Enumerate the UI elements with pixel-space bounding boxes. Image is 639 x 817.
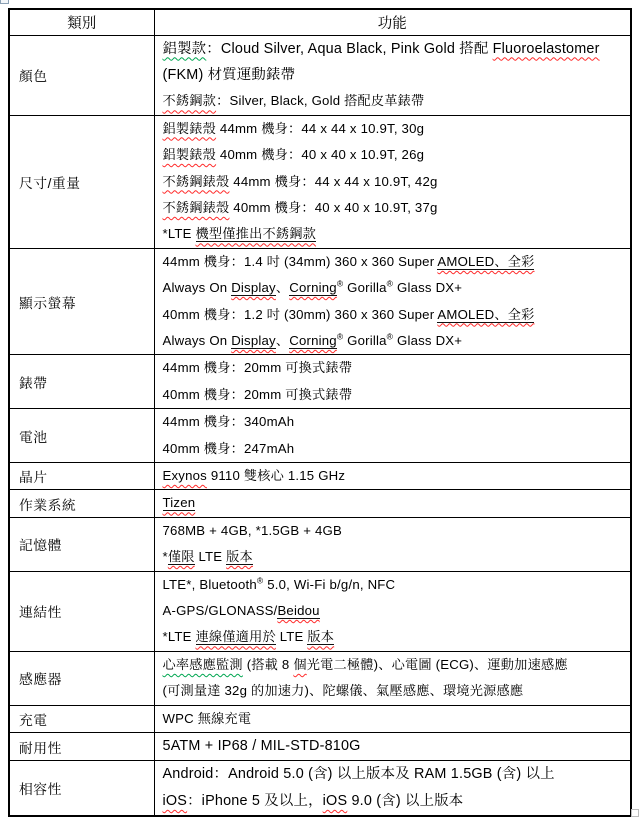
text-segment: 不銹鋼錶殼	[163, 200, 230, 215]
feature-line: *僅限 LTE 版本	[163, 544, 629, 570]
table-row: 顯示螢幕44mm 機身：1.4 吋 (34mm) 360 x 360 Super…	[9, 248, 631, 355]
category-cell: 晶片	[9, 463, 154, 490]
text-segment: Glass DX+	[393, 333, 462, 348]
category-cell: 耐用性	[9, 733, 154, 761]
table-row: 作業系統Tizen	[9, 490, 631, 517]
feature-line: 44mm 機身：20mm 可換式錶帶	[163, 355, 629, 381]
table-row: 充電WPC 無線充電	[9, 705, 631, 732]
text-segment: Always On	[163, 333, 232, 348]
text-segment: 40mm 機身：1.2 吋 (30mm) 360 x 360 Super	[163, 307, 438, 322]
feature-cell: Tizen	[154, 490, 631, 517]
table-row: 相容性Android：Android 5.0 (含) 以上版本及 RAM 1.5…	[9, 761, 631, 816]
header-row: 類別 功能	[9, 9, 631, 35]
text-segment: LTE	[276, 629, 308, 644]
header-feature: 功能	[154, 9, 631, 35]
feature-line: 不銹鋼錶殼 44mm 機身：44 x 44 x 10.9T, 42g	[163, 169, 629, 195]
category-cell: 電池	[9, 409, 154, 463]
text-segment: 版本	[307, 629, 334, 645]
feature-line: WPC 無線充電	[163, 706, 629, 732]
feature-line: 鋁製錶殼 44mm 機身：44 x 44 x 10.9T, 30g	[163, 116, 629, 142]
table-row: 連結性LTE*, Bluetooth® 5.0, Wi-Fi b/g/n, NF…	[9, 571, 631, 651]
feature-line: 44mm 機身：340mAh	[163, 409, 629, 435]
feature-line: Always On Display、Corning® Gorilla® Glas…	[163, 328, 629, 354]
text-segment: ：Silver, Black, Gold 搭配皮革錶帶	[216, 93, 424, 108]
feature-line: 40mm 機身：247mAh	[163, 436, 629, 462]
text-segment: 鋁製錶殼	[163, 121, 217, 136]
feature-line: 768MB + 4GB, *1.5GB + 4GB	[163, 518, 629, 544]
text-segment: 不銹鋼款	[163, 93, 217, 108]
text-segment: 心率感應監測	[163, 657, 243, 672]
table-row: 晶片Exynos 9110 雙核心 1.15 GHz	[9, 463, 631, 490]
text-segment: 40mm 機身：20mm 可換式錶帶	[163, 387, 353, 402]
feature-line: 不銹鋼錶殼 40mm 機身：40 x 40 x 10.9T, 37g	[163, 195, 629, 221]
document-page: 類別 功能 顏色鋁製款：Cloud Silver, Aqua Black, Pi…	[0, 0, 639, 817]
text-segment: Android：Android 5.0 (含) 以上版本及 RAM 1.5GB …	[163, 766, 555, 782]
category-cell: 顏色	[9, 35, 154, 115]
text-segment: 版本	[226, 549, 253, 565]
feature-cell: 44mm 機身：20mm 可換式錶帶40mm 機身：20mm 可換式錶帶	[154, 355, 631, 409]
feature-line: 40mm 機身：1.2 吋 (30mm) 360 x 360 Super AMO…	[163, 302, 629, 328]
text-segment: 不銹鋼錶殼	[163, 174, 230, 189]
text-segment: Gorilla	[343, 333, 386, 348]
feature-cell: Exynos 9110 雙核心 1.15 GHz	[154, 463, 631, 490]
text-segment: Exynos	[163, 468, 207, 483]
feature-line: LTE*, Bluetooth® 5.0, Wi-Fi b/g/n, NFC	[163, 572, 629, 598]
category-cell: 相容性	[9, 761, 154, 816]
text-segment: 5ATM + IP68 / MIL-STD-810G	[163, 738, 361, 754]
text-segment: 5.0, Wi-Fi b/g/n, NFC	[263, 577, 395, 592]
table-row: 耐用性5ATM + IP68 / MIL-STD-810G	[9, 733, 631, 761]
text-segment: LTE*, Bluetooth	[163, 577, 257, 592]
text-segment: 44mm 機身：44 x 44 x 10.9T, 30g	[216, 121, 424, 136]
text-segment: *LTE	[163, 226, 196, 241]
text-segment: (FKM) 材質運動錶帶	[163, 67, 296, 83]
category-cell: 尺寸/重量	[9, 115, 154, 248]
feature-line: 鋁製錶殼 40mm 機身：40 x 40 x 10.9T, 26g	[163, 142, 629, 168]
text-segment: 鋁製款	[163, 41, 207, 57]
text-segment: WPC 無線充電	[163, 711, 252, 726]
feature-cell: 44mm 機身：340mAh40mm 機身：247mAh	[154, 409, 631, 463]
text-segment: 光電二極體)、心電圖 (ECG)、運動加速感應	[307, 657, 568, 672]
text-segment: 40mm 機身：40 x 40 x 10.9T, 26g	[216, 147, 424, 162]
category-cell: 充電	[9, 705, 154, 732]
table-row: 顏色鋁製款：Cloud Silver, Aqua Black, Pink Gol…	[9, 35, 631, 115]
text-segment: Fluoroelastomer	[493, 41, 600, 57]
feature-cell: 鋁製款：Cloud Silver, Aqua Black, Pink Gold …	[154, 35, 631, 115]
table-row: 電池44mm 機身：340mAh40mm 機身：247mAh	[9, 409, 631, 463]
feature-line: 44mm 機身：1.4 吋 (34mm) 360 x 360 Super AMO…	[163, 249, 629, 275]
text-segment: *LTE	[163, 629, 196, 644]
table-row: 尺寸/重量鋁製錶殼 44mm 機身：44 x 44 x 10.9T, 30g鋁製…	[9, 115, 631, 248]
spec-table: 類別 功能 顏色鋁製款：Cloud Silver, Aqua Black, Pi…	[8, 8, 632, 817]
text-segment: Beidou	[277, 603, 319, 619]
text-segment: Gorilla	[343, 280, 386, 295]
text-segment: Corning	[289, 333, 337, 349]
category-cell: 錶帶	[9, 355, 154, 409]
text-segment: ：Cloud Silver, Aqua Black, Pink Gold 搭配	[206, 41, 492, 57]
feature-line: Android：Android 5.0 (含) 以上版本及 RAM 1.5GB …	[163, 761, 629, 787]
text-segment: 44mm 機身：340mAh	[163, 414, 295, 429]
feature-line: 鋁製款：Cloud Silver, Aqua Black, Pink Gold …	[163, 36, 629, 62]
text-segment: 僅限	[168, 549, 195, 565]
feature-line: Always On Display、Corning® Gorilla® Glas…	[163, 275, 629, 301]
table-row: 記憶體768MB + 4GB, *1.5GB + 4GB*僅限 LTE 版本	[9, 517, 631, 571]
text-segment: 、	[276, 333, 289, 348]
text-segment: ：iPhone 5 及以上，	[187, 793, 323, 809]
text-segment: 768MB + 4GB, *1.5GB + 4GB	[163, 523, 342, 538]
text-segment: 機型僅推出不銹鋼款	[196, 226, 317, 242]
text-segment: 44mm 機身：1.4 吋 (34mm) 360 x 360 Super	[163, 254, 438, 269]
feature-line: 心率感應監測 (搭載 8 個光電二極體)、心電圖 (ECG)、運動加速感應	[163, 652, 629, 678]
text-segment: 40mm 機身：247mAh	[163, 441, 295, 456]
feature-cell: LTE*, Bluetooth® 5.0, Wi-Fi b/g/n, NFCA-…	[154, 571, 631, 651]
feature-cell: 鋁製錶殼 44mm 機身：44 x 44 x 10.9T, 30g鋁製錶殼 40…	[154, 115, 631, 248]
text-segment: Always On	[163, 280, 232, 295]
text-segment: Glass DX+	[393, 280, 462, 295]
feature-line: A-GPS/GLONASS/Beidou	[163, 598, 629, 624]
feature-line: 40mm 機身：20mm 可換式錶帶	[163, 382, 629, 408]
feature-line: iOS：iPhone 5 及以上，iOS 9.0 (含) 以上版本	[163, 788, 629, 814]
feature-line: Tizen	[163, 490, 629, 516]
feature-cell: 768MB + 4GB, *1.5GB + 4GB*僅限 LTE 版本	[154, 517, 631, 571]
table-resize-handle-icon[interactable]	[631, 809, 639, 817]
text-segment: iOS	[163, 793, 188, 809]
feature-cell: WPC 無線充電	[154, 705, 631, 732]
text-segment: iOS	[323, 793, 348, 809]
category-cell: 顯示螢幕	[9, 248, 154, 355]
text-segment: AMOLED、全彩	[437, 307, 534, 323]
text-segment: LTE	[195, 549, 227, 564]
feature-line: (FKM) 材質運動錶帶	[163, 62, 629, 88]
feature-line: 5ATM + IP68 / MIL-STD-810G	[163, 733, 629, 759]
feature-line: *LTE 連線僅適用於 LTE 版本	[163, 624, 629, 650]
text-segment: 40mm 機身：40 x 40 x 10.9T, 37g	[229, 200, 437, 215]
category-cell: 連結性	[9, 571, 154, 651]
text-segment: 鋁製錶殼	[163, 147, 217, 162]
feature-line: *LTE 機型僅推出不銹鋼款	[163, 221, 629, 247]
feature-line: Exynos 9110 雙核心 1.15 GHz	[163, 463, 629, 489]
table-row: 錶帶44mm 機身：20mm 可換式錶帶40mm 機身：20mm 可換式錶帶	[9, 355, 631, 409]
text-segment: 44mm 機身：44 x 44 x 10.9T, 42g	[229, 174, 437, 189]
text-segment: Tizen	[163, 495, 196, 511]
text-segment: 連線僅適用於	[196, 629, 276, 645]
feature-cell: 5ATM + IP68 / MIL-STD-810G	[154, 733, 631, 761]
text-segment: (可測量達 32g 的加速力)、陀螺儀、氣壓感應、環境光源感應	[163, 683, 524, 698]
text-segment: A-GPS/GLONASS/	[163, 603, 278, 618]
feature-line: 不銹鋼款：Silver, Black, Gold 搭配皮革錶帶	[163, 88, 629, 114]
feature-cell: 心率感應監測 (搭載 8 個光電二極體)、心電圖 (ECG)、運動加速感應(可測…	[154, 651, 631, 705]
text-segment: Display	[231, 280, 276, 296]
category-cell: 作業系統	[9, 490, 154, 517]
table-move-handle-icon[interactable]	[0, 0, 9, 4]
text-segment: 44mm 機身：20mm 可換式錶帶	[163, 360, 353, 375]
feature-cell: Android：Android 5.0 (含) 以上版本及 RAM 1.5GB …	[154, 761, 631, 816]
text-segment: 、	[276, 280, 289, 295]
category-cell: 記憶體	[9, 517, 154, 571]
feature-cell: 44mm 機身：1.4 吋 (34mm) 360 x 360 Super AMO…	[154, 248, 631, 355]
spec-table-body: 顏色鋁製款：Cloud Silver, Aqua Black, Pink Gol…	[9, 35, 631, 816]
header-category: 類別	[9, 9, 154, 35]
feature-line: (可測量達 32g 的加速力)、陀螺儀、氣壓感應、環境光源感應	[163, 678, 629, 704]
table-row: 感應器心率感應監測 (搭載 8 個光電二極體)、心電圖 (ECG)、運動加速感應…	[9, 651, 631, 705]
text-segment: 個	[293, 657, 306, 672]
text-segment: 9110 雙核心 1.15 GHz	[207, 468, 345, 483]
category-cell: 感應器	[9, 651, 154, 705]
text-segment: 9.0 (含) 以上版本	[347, 793, 463, 809]
text-segment: AMOLED、全彩	[437, 254, 534, 270]
text-segment: Display	[231, 333, 276, 349]
text-segment: (搭載 8	[243, 657, 294, 672]
text-segment: Corning	[289, 280, 337, 296]
